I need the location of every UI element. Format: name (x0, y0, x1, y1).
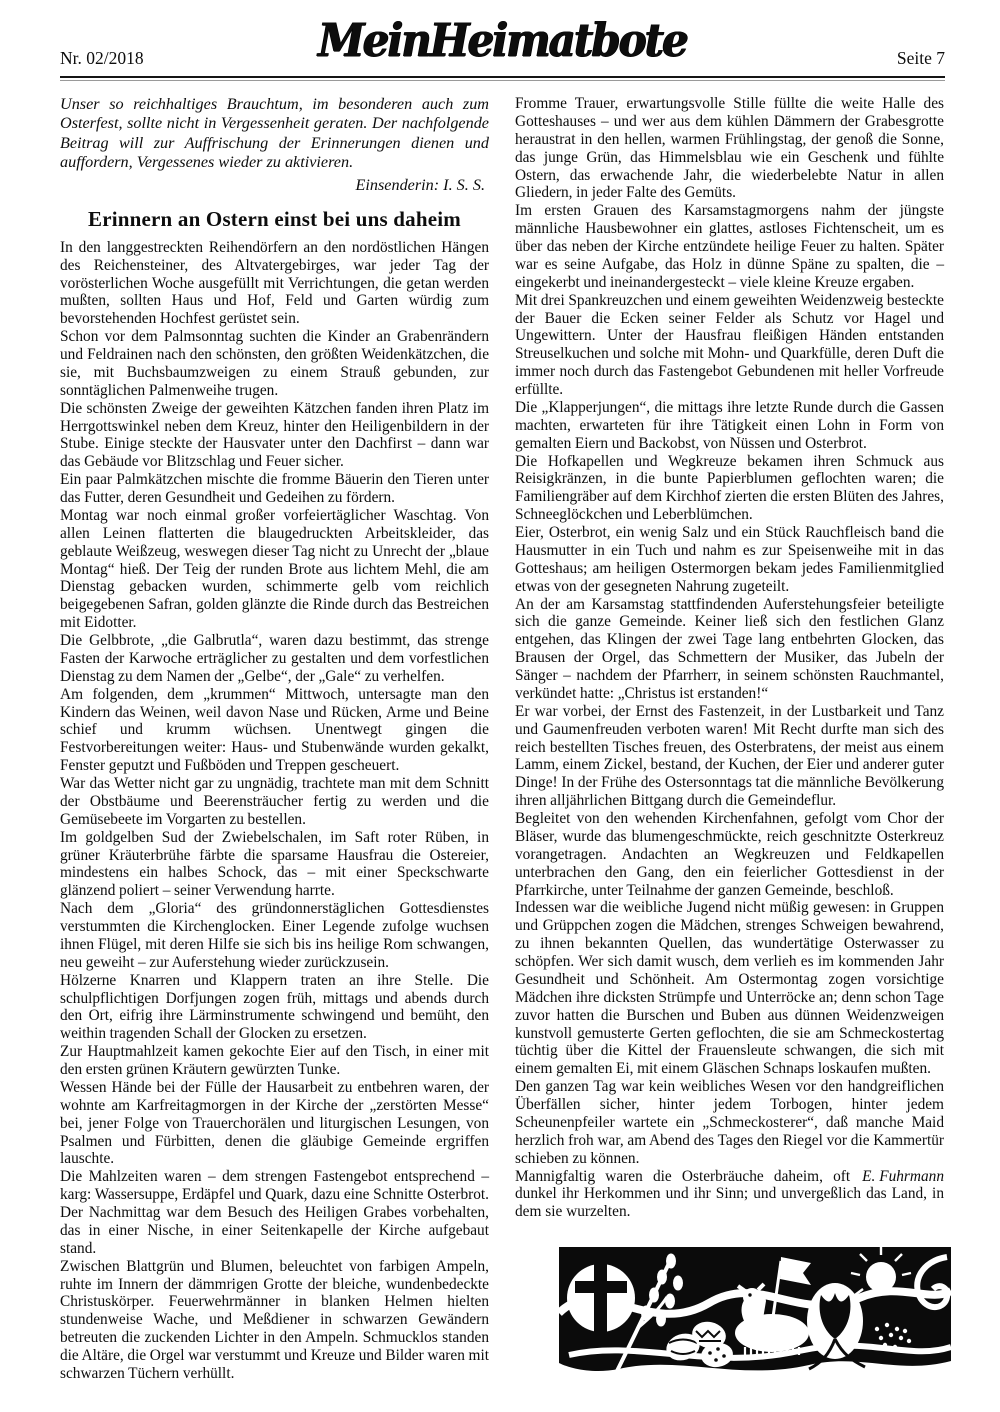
left-column: Unser so reichhaltiges Brauchtum, im bes… (60, 95, 489, 1393)
author-signature: E. Fuhrmann (850, 1168, 944, 1186)
masthead-title: MeinHeimatbote (318, 14, 687, 67)
newspaper-page: Nr. 02/2018 MeinHeimatbote Seite 7 Unser… (0, 0, 1000, 1412)
page-header: Nr. 02/2018 MeinHeimatbote Seite 7 (60, 0, 945, 78)
article-paragraph: Die schönsten Zweige der geweihten Kätzc… (60, 400, 489, 472)
article-paragraph: Nach dem „Gloria“ des gründonnerstäglich… (60, 900, 489, 972)
article-paragraph: Ein paar Palmkätzchen mischte die fromme… (60, 471, 489, 507)
article-paragraph: In den langgestreckten Reihendörfern an … (60, 239, 489, 328)
article-columns: Unser so reichhaltiges Brauchtum, im bes… (60, 95, 945, 1393)
article-paragraph: Hölzerne Knarren und Klappern traten an … (60, 972, 489, 1044)
article-paragraph: Schon vor dem Palmsonntag suchten die Ki… (60, 328, 489, 400)
article-paragraph: War das Wetter nicht gar zu ungnädig, tr… (60, 775, 489, 829)
article-paragraph: Zwischen Blattgrün und Blumen, beleuchte… (60, 1258, 489, 1383)
right-column: Fromme Trauer, erwartungsvolle Stille fü… (515, 95, 944, 1393)
article-paragraph: Indessen war die weibliche Jugend nicht … (515, 899, 944, 1078)
article-paragraph: An der am Karsamstag stattfindenden Aufe… (515, 596, 944, 703)
closing-paragraph: E. FuhrmannMannigfaltig waren die Osterb… (515, 1168, 944, 1222)
issue-number: Nr. 02/2018 (60, 48, 144, 69)
left-column-text: In den langgestreckten Reihendörfern an … (60, 239, 489, 1383)
article-paragraph: Wessen Hände bei der Fülle der Hausarbei… (60, 1079, 489, 1168)
right-column-text: Fromme Trauer, erwartungsvolle Stille fü… (515, 95, 944, 1168)
article-paragraph: Im goldgelben Sud der Zwiebelschalen, im… (60, 829, 489, 901)
article-paragraph: Die „Klapperjungen“, die mittags ihre le… (515, 399, 944, 453)
article-paragraph: Im ersten Grauen des Karsamstagmorgens n… (515, 202, 944, 291)
intro-text: Unser so reichhaltiges Brauchtum, im bes… (60, 95, 489, 173)
article-paragraph: Die Mahlzeiten waren – dem strengen Fast… (60, 1168, 489, 1257)
page-number: Seite 7 (897, 48, 945, 69)
article-paragraph: Die Hofkapellen und Wegkreuze bekamen ih… (515, 453, 944, 525)
article-paragraph: Am folgenden, dem „krummen“ Mittwoch, un… (60, 686, 489, 775)
article-paragraph: Mit drei Spankreuzchen und einem geweiht… (515, 292, 944, 399)
article-paragraph: Montag war noch einmal großer vorfeiertä… (60, 507, 489, 632)
article-paragraph: Zur Hauptmahlzeit kamen gekochte Eier au… (60, 1043, 489, 1079)
article-paragraph: Begleitet von den wehenden Kirchenfahnen… (515, 810, 944, 899)
article-paragraph: Die Gelbbrote, „die Galbrutla“, waren da… (60, 632, 489, 686)
article-paragraph: Eier, Osterbrot, ein wenig Salz und ein … (515, 524, 944, 596)
article-paragraph: Fromme Trauer, erwartungsvolle Stille fü… (515, 95, 944, 202)
article-paragraph: Er war vorbei, der Ernst des Fastenzeit,… (515, 703, 944, 810)
intro-byline: Einsenderin: I. S. S. (60, 176, 485, 195)
article-title: Erinnern an Ostern einst bei uns daheim (60, 207, 489, 232)
easter-woodcut-illustration (559, 1243, 944, 1393)
article-paragraph: Den ganzen Tag war kein weibliches Wesen… (515, 1078, 944, 1167)
